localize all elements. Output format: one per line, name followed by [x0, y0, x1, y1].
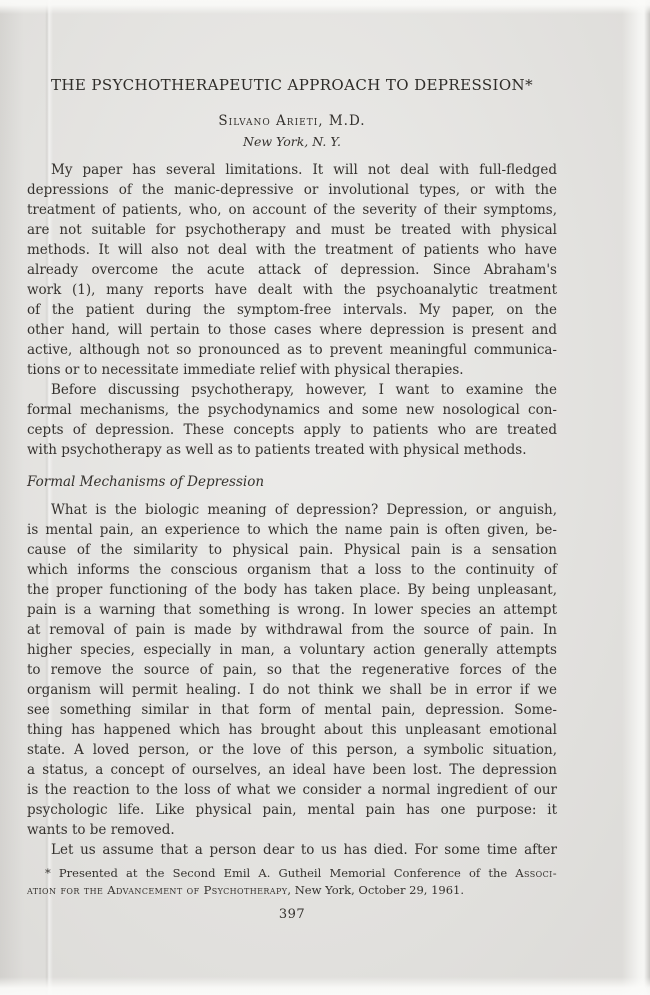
small-caps-text: ation for the Advancement of Psychothera…	[27, 883, 287, 897]
body-line: to remove the source of pain, so that th…	[27, 660, 557, 680]
body-line: is the reaction to the loss of what we c…	[27, 780, 557, 800]
body-line: wants to be removed.	[27, 820, 557, 840]
footnote-line: * Presented at the Second Emil A. Guthei…	[27, 865, 557, 882]
article-body: My paper has several limitations. It wil…	[27, 160, 557, 860]
body-line: state. A loved person, or the love of th…	[27, 740, 557, 760]
body-line: tions or to necessitate immediate relief…	[27, 360, 557, 380]
body-line: psychologic life. Like physical pain, me…	[27, 800, 557, 820]
body-line: other hand, will pertain to those cases …	[27, 320, 557, 340]
footnote: * Presented at the Second Emil A. Guthei…	[27, 865, 557, 899]
body-line: pain is a warning that something is wron…	[27, 600, 557, 620]
body-line: which informs the conscious organism tha…	[27, 560, 557, 580]
body-line: work (1), many reports have dealt with t…	[27, 280, 557, 300]
body-line: cepts of depression. These concepts appl…	[27, 420, 557, 440]
body-line: treatment of patients, who, on account o…	[27, 200, 557, 220]
body-line: the proper functioning of the body has t…	[27, 580, 557, 600]
text-block: THE PSYCHOTHERAPEUTIC APPROACH TO DEPRES…	[27, 0, 557, 922]
body-line: at removal of pain is made by withdrawal…	[27, 620, 557, 640]
author-location: New York, N. Y.	[27, 134, 557, 150]
paragraph: My paper has several limitations. It wil…	[27, 160, 557, 380]
footnote-text: * Presented at the Second Emil A. Guthei…	[45, 866, 515, 880]
article-title: THE PSYCHOTHERAPEUTIC APPROACH TO DEPRES…	[27, 75, 557, 95]
body-line: of the patient during the symptom-free i…	[27, 300, 557, 320]
section-heading: Formal Mechanisms of Depression	[27, 472, 557, 492]
body-line: higher species, especially in man, a vol…	[27, 640, 557, 660]
body-line: is mental pain, an experience to which t…	[27, 520, 557, 540]
body-line: with psychotherapy as well as to patient…	[27, 440, 557, 460]
author-byline: Silvano Arieti, M.D.	[27, 113, 557, 129]
footnote-text: , New York, October 29, 1961.	[287, 883, 464, 897]
body-line: formal mechanisms, the psychodynamics an…	[27, 400, 557, 420]
footnote-line: ation for the Advancement of Psychothera…	[27, 882, 557, 899]
scanned-article-page: THE PSYCHOTHERAPEUTIC APPROACH TO DEPRES…	[0, 0, 650, 995]
body-line: active, although not so pronounced as to…	[27, 340, 557, 360]
body-line: thing has happened which has brought abo…	[27, 720, 557, 740]
body-line: Before discussing psychotherapy, however…	[27, 380, 557, 400]
body-line: a status, a concept of ourselves, an ide…	[27, 760, 557, 780]
body-line: already overcome the acute attack of dep…	[27, 260, 557, 280]
body-line: depressions of the manic-depressive or i…	[27, 180, 557, 200]
paragraph: What is the biologic meaning of depressi…	[27, 500, 557, 840]
page-number: 397	[27, 907, 557, 922]
body-line: Let us assume that a person dear to us h…	[27, 840, 557, 860]
body-line: What is the biologic meaning of depressi…	[27, 500, 557, 520]
body-line: cause of the similarity to physical pain…	[27, 540, 557, 560]
paragraph: Let us assume that a person dear to us h…	[27, 840, 557, 860]
body-line: organism will permit healing. I do not t…	[27, 680, 557, 700]
body-line: My paper has several limitations. It wil…	[27, 160, 557, 180]
small-caps-text: Associ-	[515, 866, 557, 880]
body-line: see something similar in that form of me…	[27, 700, 557, 720]
body-line: are not suitable for psychotherapy and m…	[27, 220, 557, 240]
paragraph: Before discussing psychotherapy, however…	[27, 380, 557, 460]
body-line: methods. It will also not deal with the …	[27, 240, 557, 260]
